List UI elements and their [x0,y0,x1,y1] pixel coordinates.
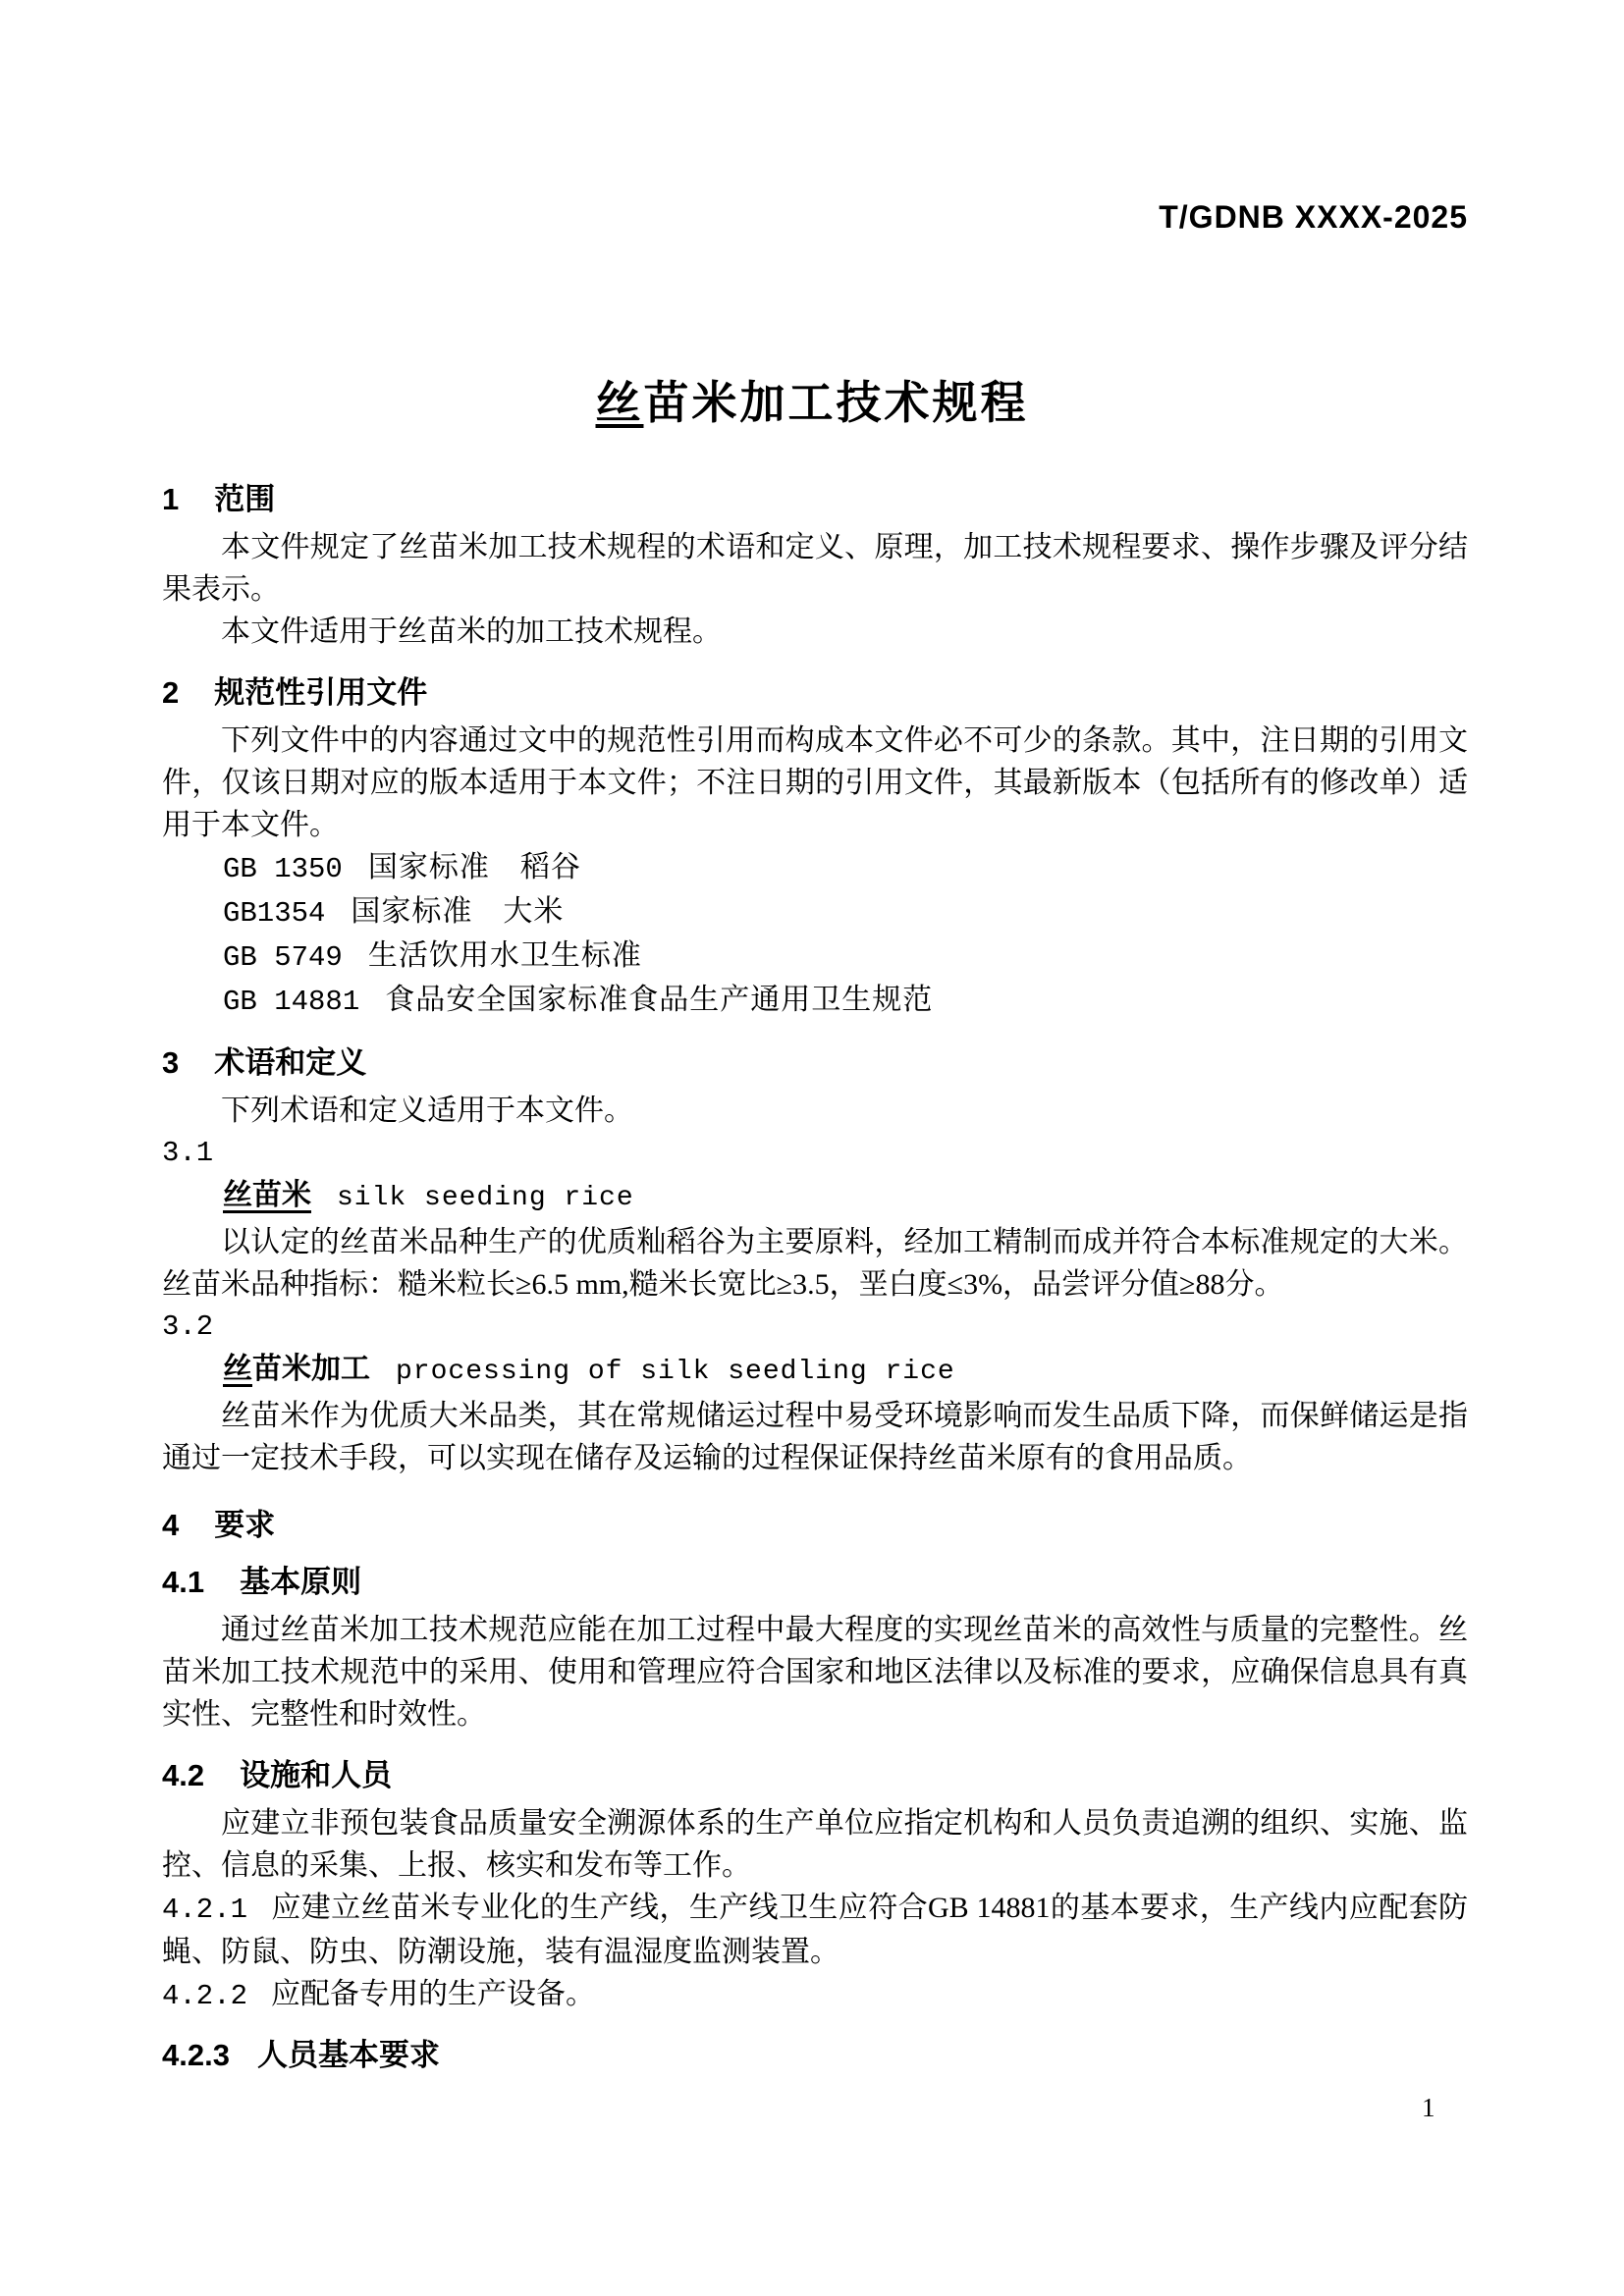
term-3-1-name: 丝苗米silk seeding rice [162,1174,1468,1221]
section-1-heading: 1范围 [162,483,1468,516]
document-page: T/GDNB XXXX-2025 丝苗米加工技术规程 1范围 本文件规定了丝苗米… [0,0,1624,2296]
section-4-2-3-heading: 4.2.3人员基本要求 [162,2039,1468,2072]
clause-4-2-1-text: 应建立丝苗米专业化的生产线，生产线卫生应符合GB 14881的基本要求，生产线内… [162,1892,1468,1968]
term-3-2-number: 3.2 [162,1306,1468,1348]
section-3-number: 3 [162,1046,179,1080]
reference-item: GB 1350国家标准 稻谷 [162,846,1468,890]
term-3-1-number: 3.1 [162,1132,1468,1174]
reference-code: GB 5749 [223,941,343,974]
page-number: 1 [1422,2093,1435,2123]
section-1-number: 1 [162,483,179,516]
section-3-title: 术语和定义 [214,1045,366,1080]
section-2-title: 规范性引用文件 [214,675,427,710]
section-3-heading: 3术语和定义 [162,1046,1468,1080]
reference-code: GB 14881 [223,986,359,1018]
section-4-title: 要求 [214,1508,275,1542]
reference-item: GB 14881食品安全国家标准食品生产通用卫生规范 [162,979,1468,1023]
section-4-2-3-number: 4.2.3 [162,2038,230,2072]
section-4-1-title: 基本原则 [240,1565,361,1599]
section-2-paragraph-1: 下列文件中的内容通过文中的规范性引用而构成本文件必不可少的条款。其中，注日期的引… [162,720,1468,846]
term-3-2-name: 丝苗米加工processing of silk seedling rice [162,1348,1468,1395]
section-4-2-heading: 4.2设施和人员 [162,1759,1468,1792]
reference-item: GB 5749生活饮用水卫生标准 [162,934,1468,979]
standard-code: T/GDNB XXXX-2025 [1159,199,1468,235]
clause-4-2-2-number: 4.2.2 [162,1980,247,2012]
term-3-2-zh-rest: 苗米加工 [252,1353,370,1385]
section-1-paragraph-2: 本文件适用于丝苗米的加工技术规程。 [162,611,1468,653]
reference-code: GB 1350 [223,853,343,885]
term-3-2-definition: 丝苗米作为优质大米品类，其在常规储运过程中易受环境影响而发生品质下降，而保鲜储运… [162,1395,1468,1479]
section-4-1-paragraph-1: 通过丝苗米加工技术规范应能在加工过程中最大程度的实现丝苗米的高效性与质量的完整性… [162,1609,1468,1735]
reference-code: GB1354 [223,897,325,930]
reference-title: 生活饮用水卫生标准 [368,939,642,972]
section-2-number: 2 [162,676,179,710]
document-title-rest: 苗米加工技术规程 [644,377,1029,428]
document-body: 1范围 本文件规定了丝苗米加工技术规程的术语和定义、原理，加工技术规程要求、操作… [0,483,1624,2072]
term-3-1-zh-underlined: 丝苗米 [223,1179,311,1211]
section-4-2-3-title: 人员基本要求 [257,2038,440,2072]
clause-4-2-2: 4.2.2应配备专用的生产设备。 [162,1973,1468,2017]
section-1-title: 范围 [214,482,275,516]
section-3-paragraph-1: 下列术语和定义适用于本文件。 [162,1090,1468,1132]
doc-code-header: T/GDNB XXXX-2025 [0,0,1624,236]
section-4-2-number: 4.2 [162,1759,204,1792]
document-title-underlined: 丝 [596,377,644,428]
clause-4-2-1: 4.2.1应建立丝苗米专业化的生产线，生产线卫生应符合GB 14881的基本要求… [162,1887,1468,1973]
term-3-2-en: processing of silk seedling rice [396,1357,955,1387]
reference-title: 国家标准 大米 [351,895,564,928]
section-4-1-number: 4.1 [162,1566,204,1599]
reference-title: 国家标准 稻谷 [368,851,581,883]
section-4-2-paragraph-1: 应建立非预包装食品质量安全溯源体系的生产单位应指定机构和人员负责追溯的组织、实施… [162,1802,1468,1887]
term-3-1-definition: 以认定的丝苗米品种生产的优质籼稻谷为主要原料，经加工精制而成并符合本标准规定的大… [162,1221,1468,1306]
term-3-2-zh-underlined: 丝 [223,1353,252,1385]
section-4-1-heading: 4.1基本原则 [162,1566,1468,1599]
document-title: 丝苗米加工技术规程 [0,373,1624,432]
section-4-2-title: 设施和人员 [240,1758,392,1792]
section-1-paragraph-1: 本文件规定了丝苗米加工技术规程的术语和定义、原理，加工技术规程要求、操作步骤及评… [162,526,1468,611]
reference-title: 食品安全国家标准食品生产通用卫生规范 [385,984,933,1016]
clause-4-2-1-number: 4.2.1 [162,1894,247,1926]
section-2-heading: 2规范性引用文件 [162,676,1468,710]
reference-item: GB1354国家标准 大米 [162,890,1468,934]
clause-4-2-2-text: 应配备专用的生产设备。 [271,1978,595,2010]
section-4-heading: 4要求 [162,1509,1468,1542]
section-4-number: 4 [162,1509,179,1542]
term-3-1-en: silk seeding rice [337,1183,634,1213]
